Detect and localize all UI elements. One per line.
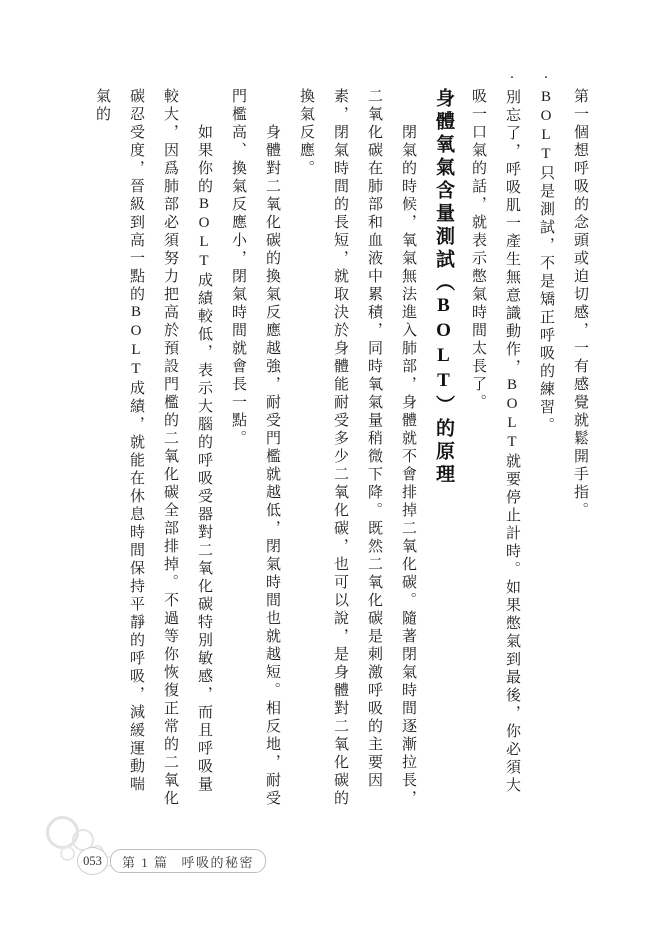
page-content: 第一個想呼吸的念頭或迫切感，一有感覺就鬆開手指。 ·BOLT只是測試，不是矯正呼… (85, 88, 597, 810)
bullet-item: ·別忘了，呼吸肌一產生無意識動作，BOLT就要停止計時。如果憋氣到最後，你必須大… (461, 88, 529, 810)
paragraph: 閉氣的時候，氧氣無法進入肺部，身體就不會排掉二氧化碳。隨著閉氣時間逐漸拉長，二氧… (289, 88, 425, 810)
bullet-item: ·BOLT只是測試，不是矯正呼吸的練習。 (529, 88, 563, 810)
page-number: 053 (83, 854, 102, 869)
chapter-title: 呼吸的秘密 (182, 852, 255, 871)
chapter-badge: 第 1 篇 呼吸的秘密 (110, 849, 266, 873)
section-heading: 身體氧氣含量測試（BOLT）的原理 (425, 88, 461, 810)
page-number-badge: 053 (77, 847, 108, 875)
paragraph: 如果你的BOLT成績較低，表示大腦的呼吸受器對二氧化碳特別敏感，而且呼吸量較大，… (85, 88, 221, 810)
chapter-label: 第 1 篇 (122, 852, 169, 871)
bubble-decoration-icon (60, 846, 75, 861)
bullet-continuation-text: 第一個想呼吸的念頭或迫切感，一有感覺就鬆開手指。 (563, 88, 597, 810)
book-page: 第一個想呼吸的念頭或迫切感，一有感覺就鬆開手指。 ·BOLT只是測試，不是矯正呼… (0, 0, 663, 932)
paragraph: 身體對二氧化碳的換氣反應越強，耐受門檻就越低，閉氣時間也就越短。相反地，耐受門檻… (221, 88, 289, 810)
